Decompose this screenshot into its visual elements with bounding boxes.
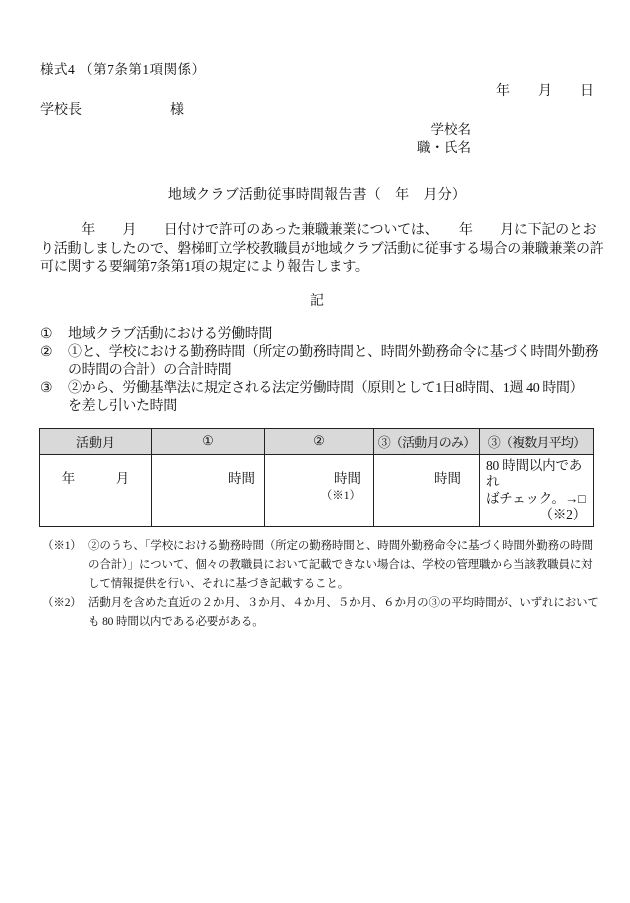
header-activity-month: 活動月 bbox=[40, 428, 152, 454]
header-col3-activity-month-only: ③（活動月のみ） bbox=[374, 428, 480, 454]
footnote-1-line-1: ②のうち、「学校における勤務時間（所定の勤務時間と、時間外勤務命令に基づく時間外… bbox=[88, 537, 594, 556]
definition-item-1: ① 地域クラブ活動における労働時間 bbox=[40, 326, 594, 344]
footnote-2-line-1: 活動月を含めた直近の２か月、３か月、４か月、５か月、６か月の③の平均時間が、いず… bbox=[88, 594, 594, 613]
average-check-note-ref: （※2） bbox=[486, 507, 588, 524]
ki-heading: 記 bbox=[40, 294, 594, 310]
header-col3-multi-month-average: ③（複数月平均） bbox=[480, 428, 594, 454]
document-page: 様式4 （第7条第1項関係） 年 月 日 学校長様 学校名 職・氏名 地域クラブ… bbox=[0, 0, 630, 903]
definition-item-3: ③ ②から、労働基準法に規定される法定労働時間（原則として1日8時間、1週 40… bbox=[40, 380, 594, 416]
date-line: 年 月 日 bbox=[40, 84, 594, 100]
definition-marker-2: ② bbox=[40, 344, 53, 362]
definition-item-2: ② ①と、学校における勤務時間（所定の勤務時間と、時間外勤務命令に基づく時間外勤… bbox=[40, 344, 594, 380]
cell-col2-hours: 時間 （※1） bbox=[265, 454, 374, 526]
addressee-label: 学校長 bbox=[40, 103, 82, 118]
average-check-text-line-2: ばチェック。→□ bbox=[486, 491, 588, 508]
paragraph-line-2: り活動しましたので、磐梯町立学校教職員が地域クラブ活動に従事する場合の兼職兼業の… bbox=[40, 241, 594, 260]
header-col2: ② bbox=[265, 428, 374, 454]
col2-hours-unit: 時間 bbox=[266, 467, 361, 487]
definition-text-2-line-1: ①と、学校における勤務時間（所定の勤務時間と、時間外勤務命令に基づく時間外勤務 bbox=[68, 344, 594, 362]
report-table: 活動月 ① ② ③（活動月のみ） ③（複数月平均） 年 月 時間 時間 （※1）… bbox=[39, 428, 594, 527]
definition-marker-3: ③ bbox=[40, 380, 53, 398]
addressee-honorific: 様 bbox=[170, 103, 184, 118]
footnote-1-marker: （※1） bbox=[42, 537, 82, 556]
cell-col1-hours: 時間 bbox=[152, 454, 265, 526]
sender-block: 学校名 職・氏名 bbox=[40, 121, 471, 157]
school-name-label: 学校名 bbox=[40, 121, 471, 139]
footnotes: （※1） ②のうち、「学校における勤務時間（所定の勤務時間と、時間外勤務命令に基… bbox=[42, 537, 594, 632]
cell-average-check: 80 時間以内であれ ばチェック。→□ （※2） bbox=[480, 454, 594, 526]
footnote-1: （※1） ②のうち、「学校における勤務時間（所定の勤務時間と、時間外勤務命令に基… bbox=[42, 537, 594, 594]
cell-col3-hours: 時間 bbox=[374, 454, 480, 526]
average-check-text-line-1: 80 時間以内であれ bbox=[486, 458, 588, 491]
document-title: 地域クラブ活動従事時間報告書（ 年 月分） bbox=[40, 188, 594, 204]
definition-text-3-line-2: を差し引いた時間 bbox=[68, 398, 594, 416]
paragraph-line-3: 可に関する要綱第7条第1項の規定により報告します。 bbox=[40, 259, 594, 278]
footnote-2-line-2: も 80 時間以内である必要がある。 bbox=[88, 613, 594, 632]
definition-text-2-line-2: の時間の合計）の合計時間 bbox=[68, 362, 594, 380]
table-body-row: 年 月 時間 時間 （※1） 時間 80 時間以内であれ ばチェック。→□ （※… bbox=[40, 454, 594, 526]
position-name-label: 職・氏名 bbox=[40, 139, 471, 157]
definition-marker-1: ① bbox=[40, 326, 53, 344]
paragraph-line-1: 年 月 日付けで許可のあった兼職兼業については、 年 月に下記のとお bbox=[40, 222, 594, 241]
definition-text-3-line-1: ②から、労働基準法に規定される法定労働時間（原則として1日8時間、1週 40 時… bbox=[68, 380, 594, 398]
footnote-1-line-2: の合計）」について、個々の教職員において記載できない場合は、学校の管理職から当該… bbox=[88, 556, 594, 575]
body-paragraph: 年 月 日付けで許可のあった兼職兼業については、 年 月に下記のとお り活動しま… bbox=[40, 222, 594, 278]
average-check-checkbox[interactable]: □ bbox=[578, 492, 585, 506]
cell-activity-month: 年 月 bbox=[40, 454, 152, 526]
header-col1: ① bbox=[152, 428, 265, 454]
definition-text-1: 地域クラブ活動における労働時間 bbox=[68, 326, 594, 344]
table-header-row: 活動月 ① ② ③（活動月のみ） ③（複数月平均） bbox=[40, 428, 594, 454]
definitions-list: ① 地域クラブ活動における労働時間 ② ①と、学校における勤務時間（所定の勤務時… bbox=[40, 326, 594, 416]
footnote-2: （※2） 活動月を含めた直近の２か月、３か月、４か月、５か月、６か月の③の平均時… bbox=[42, 594, 594, 632]
average-check-arrow-text: ばチェック。→ bbox=[486, 491, 578, 506]
footnote-2-marker: （※2） bbox=[42, 594, 82, 613]
col2-note-ref: （※1） bbox=[266, 489, 361, 504]
addressee-line: 学校長様 bbox=[40, 103, 594, 119]
form-number: 様式4 （第7条第1項関係） bbox=[40, 62, 594, 78]
footnote-1-line-3: して情報提供を行い、それに基づき記載すること。 bbox=[88, 575, 594, 594]
